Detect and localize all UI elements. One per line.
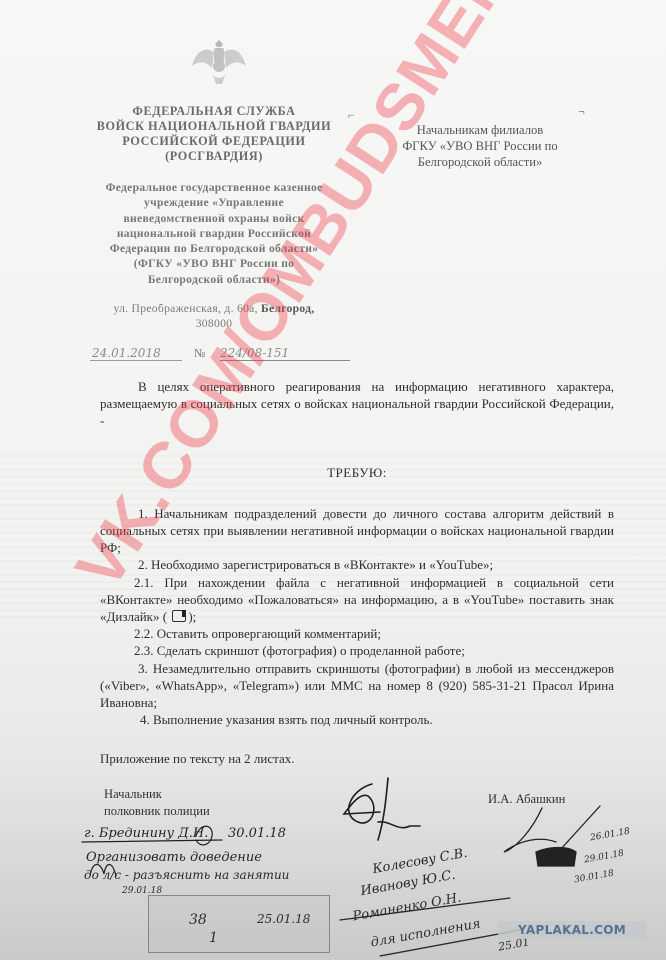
recipient-line: Начальникам филиалов [380, 122, 580, 138]
sender-agency: ФЕДЕРАЛЬНАЯ СЛУЖБА ВОЙСК НАЦИОНАЛЬНОЙ ГВ… [84, 104, 344, 164]
agency-line: ФЕДЕРАЛЬНАЯ СЛУЖБА [84, 104, 344, 119]
agency-line: (РОСГВАРДИЯ) [84, 149, 344, 164]
resolution-right-date2: 29.01.18 [583, 849, 624, 866]
item-2-2: 2.2. Оставить опровергающий комментарий; [100, 625, 614, 642]
item-2-1: 2.1. При нахождении файла с негативной и… [100, 574, 614, 626]
institution-line: учреждение «Управление [84, 195, 344, 210]
institution-line: вневедомственной охраны войск [84, 211, 344, 226]
resolution-left-line3: до л/с - разъяснить на занятии [84, 868, 289, 882]
address-city: Белгород, [261, 302, 314, 315]
signatory-position-line2: полковник полиции [104, 803, 210, 820]
thumbs-down-icon [172, 610, 186, 622]
agency-line: ВОЙСК НАЦИОНАЛЬНОЙ ГВАРДИИ [84, 119, 344, 134]
item-2: 2. Необходимо зарегистрироваться в «ВКон… [100, 556, 614, 573]
stamp-number: 38 [189, 912, 207, 928]
recipient-block: Начальникам филиалов ФГКУ «УВО ВНГ Росси… [380, 122, 580, 170]
agency-line: РОССИЙСКОЙ ФЕДЕРАЦИИ [84, 134, 344, 149]
address-zip: 308000 [84, 316, 344, 331]
site-badge: YAPLAKAL.COM [498, 921, 646, 939]
stamp-copies: 1 [209, 930, 218, 946]
institution-line: национальной гвардии Российской [84, 226, 344, 241]
demand-heading: ТРЕБУЮ: [100, 464, 614, 481]
institution-line: Федеральное государственное казенное [84, 180, 344, 195]
item-1: 1. Начальникам подразделений довести до … [100, 505, 614, 557]
signatory-position-line1: Начальник [104, 786, 210, 803]
stamp-date: 25.01.18 [257, 912, 310, 926]
address-street: ул. Преображенская, д. 60а, [113, 302, 257, 315]
item-2-1-end: ); [188, 609, 196, 624]
rosgvardia-emblem-icon [190, 36, 248, 86]
resolution-right-line4: для исполнения [370, 916, 482, 950]
corner-mark-right: ¬ [578, 104, 585, 119]
signatory-name: И.А. Абашкин [488, 792, 565, 807]
annex-note: Приложение по тексту на 2 листах. [100, 750, 614, 767]
recipient-line: Белгородской области» [380, 154, 580, 170]
institution-line: (ФГКУ «УВО ВНГ России по [84, 256, 344, 271]
document-body: В целях оперативного реагирования на инф… [100, 378, 614, 768]
item-4: 4. Выполнение указания взять под личный … [100, 711, 614, 728]
resolution-left-date: 30.01.18 [228, 826, 286, 841]
sender-address: ул. Преображенская, д. 60а, Белгород, 30… [84, 301, 344, 331]
registration-number-label: № [194, 346, 205, 361]
registration-date: 24.01.2018 [90, 346, 182, 361]
recipient-line: ФГКУ «УВО ВНГ России по [380, 138, 580, 154]
resolution-left-line2: Организовать доведение [86, 850, 262, 865]
institution-line: Федерации по Белгородской области» [84, 241, 344, 256]
item-3: 3. Незамедлительно отправить скриншоты (… [100, 660, 614, 712]
institution-line: Белгородской области») [84, 272, 344, 287]
scanned-document-page: ФЕДЕРАЛЬНАЯ СЛУЖБА ВОЙСК НАЦИОНАЛЬНОЙ ГВ… [0, 0, 666, 960]
corner-mark-left: ⌐ [348, 108, 355, 123]
registration-number: 224/08-151 [220, 346, 350, 361]
resolution-right-date3: 30.01.18 [573, 869, 614, 886]
registration-line: 24.01.2018 № 224/08-151 [90, 346, 350, 366]
resolution-right-date1: 26.01.18 [589, 827, 630, 844]
signatory-position: Начальник полковник полиции [104, 786, 210, 820]
item-2-3: 2.3. Сделать скриншот (фотография) о про… [100, 642, 614, 659]
main-signature-icon [344, 778, 420, 840]
sender-institution: Федеральное государственное казенное учр… [84, 180, 344, 287]
incoming-registration-stamp: 38 25.01.18 1 [148, 895, 330, 953]
resolution-left-addressee: г. Брединину Д.Н. [84, 826, 208, 841]
sender-block: ФЕДЕРАЛЬНАЯ СЛУЖБА ВОЙСК НАЦИОНАЛЬНОЙ ГВ… [84, 104, 344, 331]
preamble: В целях оперативного реагирования на инф… [100, 378, 614, 430]
